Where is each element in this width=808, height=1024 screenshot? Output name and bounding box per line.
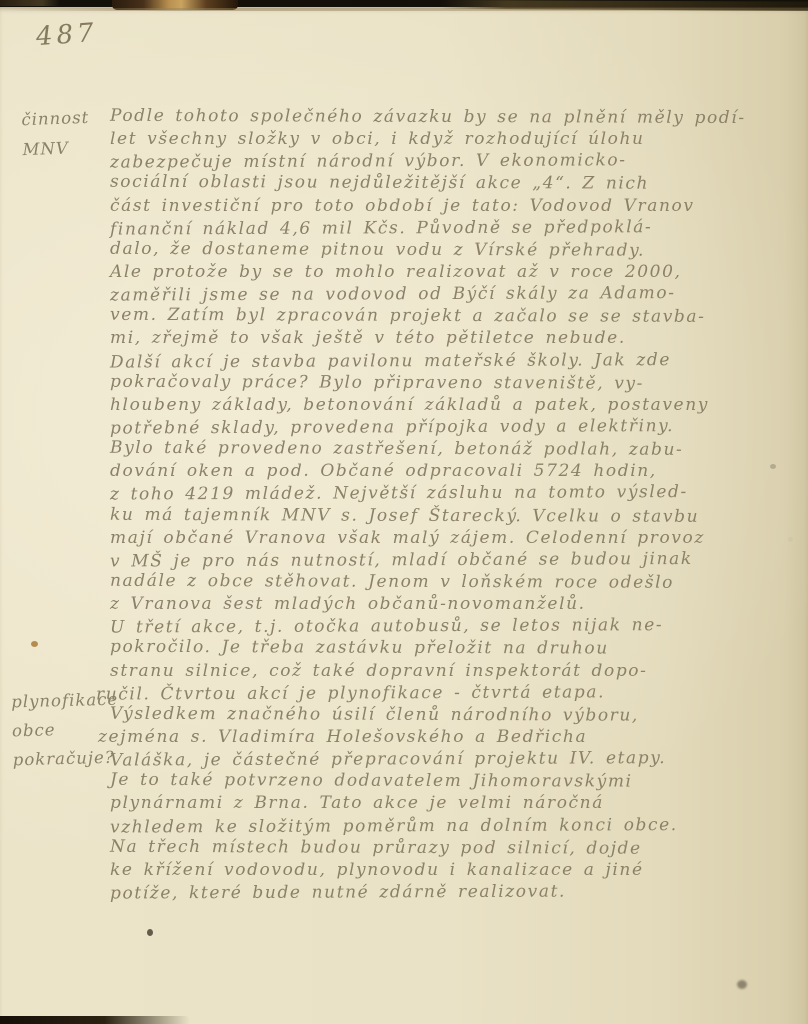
text-line: zaměřili jsme se na vodovod od Býčí skál… (110, 282, 808, 307)
page-bottom-edge-shadow (0, 1016, 190, 1024)
paper-stain (31, 641, 38, 647)
book-binding-edge (0, 0, 808, 14)
text-line: Valáška, je částečné přepracování projek… (110, 747, 808, 772)
text-line: ke křížení vodovodu, plynovodu i kanaliz… (110, 859, 808, 881)
text-line: vzhledem ke složitým poměrům na dolním k… (110, 813, 808, 838)
text-line: finanční náklad 4,6 mil Kčs. Původně se … (110, 215, 808, 240)
text-line: Výsledkem značného úsilí členů národního… (110, 703, 808, 728)
text-line: MNV (22, 133, 91, 165)
scanned-chronicle-photo: { "page": { "number": "487", "margin_not… (0, 0, 808, 1024)
text-line: činnost (21, 103, 90, 135)
text-line: dování oken a pod. Občané odpracovali 57… (110, 460, 808, 482)
page-top-edge-line (0, 8, 808, 11)
text-line: potíže, které bude nutné zdárně realizov… (110, 879, 808, 904)
text-line: Bylo také provedeno zastřešení, betonáž … (110, 437, 808, 462)
margin-note-cinnost-mnv: činnostMNV (21, 103, 91, 165)
text-line: hloubeny základy, betonování základů a p… (110, 394, 808, 416)
text-line: zejména s. Vladimíra Holešovského a Bedř… (98, 726, 808, 748)
text-line: z toho 4219 mládež. Největší zásluhu na … (110, 481, 808, 506)
paper-stain (737, 980, 747, 989)
text-line: sociální oblasti jsou nejdůležitější akc… (110, 171, 808, 196)
text-line: z Vranova šest mladých občanů-novomanžel… (110, 593, 808, 615)
text-line: pokročilo. Je třeba zastávku přeložit na… (110, 636, 808, 661)
text-line: ku má tajemník MNV s. Josef Štarecký. Vc… (110, 503, 808, 528)
text-line: stranu silnice, což také dopravní inspek… (110, 660, 808, 682)
text-line: Podle tohoto společného závazku by se na… (110, 105, 808, 130)
text-line: Další akcí je stavba pavilonu mateřské š… (110, 348, 808, 373)
text-line: vem. Zatím byl zpracován projekt a začal… (110, 304, 808, 329)
text-line: ručil. Čtvrtou akcí je plynofikace - čtv… (96, 680, 808, 705)
text-line: část investiční pro toto období je tato:… (110, 195, 808, 217)
text-line: pokračovaly práce? Bylo připraveno stave… (110, 370, 808, 395)
text-line: nadále z obce stěhovat. Jenom v loňském … (110, 570, 808, 595)
text-line: U třetí akce, t.j. otočka autobusů, se l… (110, 614, 808, 639)
text-line: let všechny složky v obci, i když rozhod… (110, 128, 808, 150)
paper-stain (788, 537, 793, 542)
text-line: v MŠ je pro nás nutností, mladí občané s… (110, 547, 808, 572)
paper-stain (770, 464, 776, 469)
text-line: dalo, že dostaneme pitnou vodu z Vírské … (110, 238, 808, 263)
text-line: Je to také potvrzeno dodavatelem Jihomor… (110, 769, 808, 794)
text-line: mi, zřejmě to však ještě v této pětiletc… (110, 327, 808, 349)
text-line: mají občané Vranova však malý zájem. Cel… (110, 527, 808, 549)
text-line: plynárnami z Brna. Tato akce je velmi ná… (110, 792, 808, 814)
paper-stain (147, 929, 153, 936)
text-line: Na třech místech budou průrazy pod silni… (110, 835, 808, 860)
page-number: 487 (35, 18, 99, 52)
binding-shadow-left (0, 0, 60, 6)
text-line: potřebné sklady, provedena přípojka vody… (110, 414, 808, 439)
handwritten-body-text: Podle tohoto společného závazku by se na… (110, 106, 808, 903)
text-line: Ale protože by se to mohlo realizovat až… (110, 261, 808, 283)
